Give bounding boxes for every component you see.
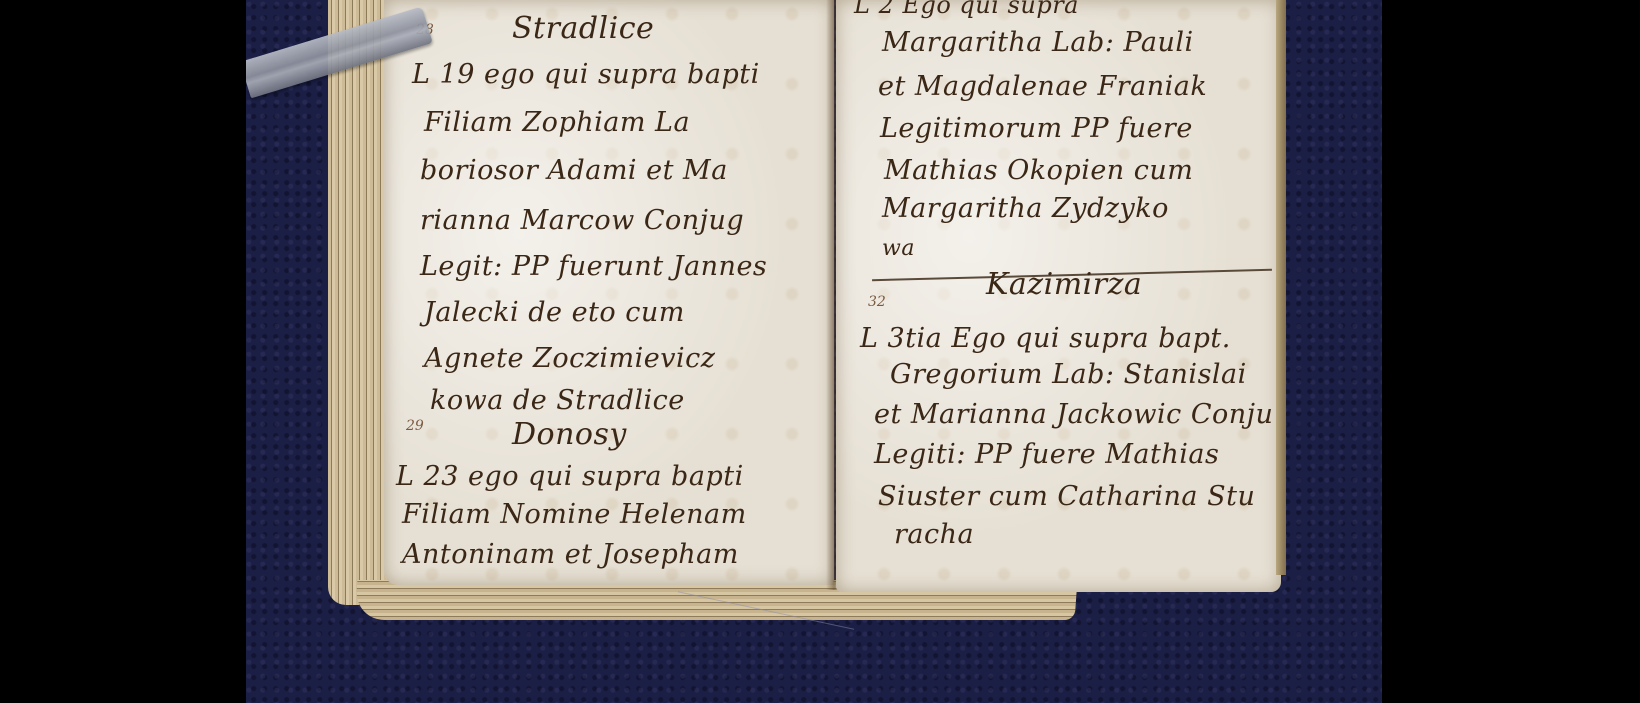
entry-line: rianna Marcow Conjug [420,198,744,244]
photograph: ... 28 Stradlice L 19 ego qui supra bapt… [246,0,1382,703]
entry-line: Antoninam et Josepham [402,532,739,578]
entry-line: Margaritha Zydzyko [882,186,1169,232]
entry-line: Filiam Zophiam La [424,100,690,146]
margin-number: 32 [868,294,886,310]
entry-line: et Magdalenae Franiak [878,64,1207,110]
entry-line: Agnete Zoczimievicz [424,336,716,382]
entry-line: Legiti: PP fuere Mathias [874,432,1219,478]
margin-number: 29 [406,418,424,434]
entry-line: Jalecki de eto cum [424,290,685,336]
entry-line: wa [882,226,915,272]
page-stack-edge [328,0,388,605]
entry-line: boriosor Adami et Ma [420,148,728,194]
entry-line: Legit: PP fuerunt Jannes [420,244,767,290]
entry-heading: Donosy [512,412,627,458]
page-edge [1276,0,1286,575]
entry-line: Margaritha Lab: Pauli [882,20,1194,66]
left-page: ... 28 Stradlice L 19 ego qui supra bapt… [384,0,834,585]
top-fragment: ... [434,0,456,16]
entry-line: L 19 ego qui supra bapti [412,52,760,98]
right-page: L 2 Ego qui supra Margaritha Lab: Pauli … [836,0,1281,592]
entry-line: Legitimorum PP fuere [880,106,1193,152]
entry-heading: Kazimirza [986,262,1142,308]
entry-heading: Stradlice [512,6,654,52]
entry-line: racha [894,512,974,558]
